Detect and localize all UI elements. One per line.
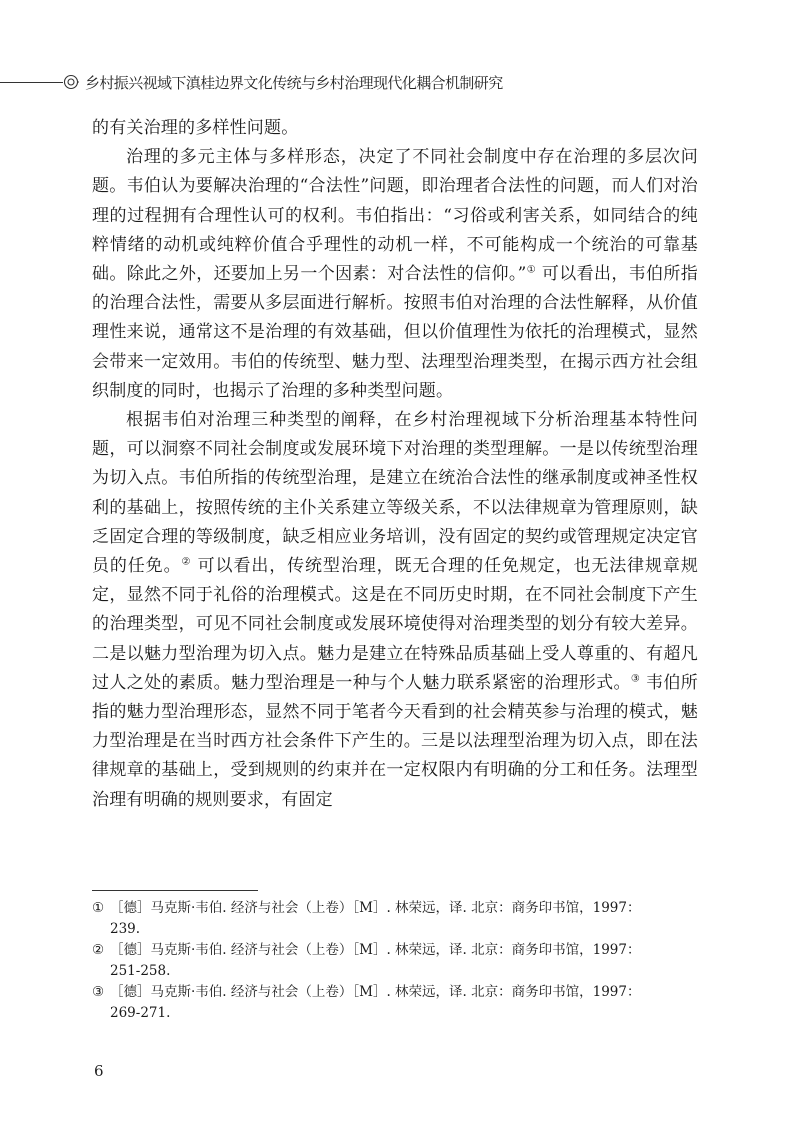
- page-number: 6: [94, 1062, 104, 1080]
- running-head: 乡村振兴视域下滇桂边界文化传统与乡村治理现代化耦合机制研究: [0, 68, 799, 98]
- footnote-mark: ①: [92, 898, 104, 919]
- footnote-mark: ②: [92, 940, 104, 961]
- footnote-pages: 251-258.: [110, 961, 702, 982]
- footnote-text: ［德］马克斯·韦伯. 经济与社会（上卷）［M］. 林荣远，译. 北京：商务印书馆…: [110, 898, 702, 919]
- footnote-item: ③ ［德］马克斯·韦伯. 经济与社会（上卷）［M］. 林荣远，译. 北京：商务印…: [92, 982, 702, 1024]
- footnote-item: ① ［德］马克斯·韦伯. 经济与社会（上卷）［M］. 林荣远，译. 北京：商务印…: [92, 898, 702, 940]
- footnote-pages: 239.: [110, 919, 702, 940]
- running-head-rule: [0, 82, 63, 83]
- footnote-item: ② ［德］马克斯·韦伯. 经济与社会（上卷）［M］. 林荣远，译. 北京：商务印…: [92, 940, 702, 982]
- paragraph-text: 韦伯所指的魅力型治理形态，显然不同于笔者今天看到的社会精英参与治理的模式，魅力型…: [92, 673, 698, 810]
- paragraph: 根据韦伯对治理三种类型的阐释，在乡村治理视域下分析治理基本特性问题，可以洞察不同…: [92, 406, 698, 815]
- paragraph: 治理的多元主体与多样形态，决定了不同社会制度中存在治理的多层次问题。韦伯认为要解…: [92, 143, 698, 406]
- footnote-ref[interactable]: ①: [527, 264, 537, 275]
- body-text: 的有关治理的多样性问题。 治理的多元主体与多样形态，决定了不同社会制度中存在治理…: [92, 114, 698, 815]
- footnote-pages: 269-271.: [110, 1003, 702, 1024]
- footnote-ref[interactable]: ③: [631, 673, 640, 684]
- footnotes: ① ［德］马克斯·韦伯. 经济与社会（上卷）［M］. 林荣远，译. 北京：商务印…: [92, 898, 702, 1024]
- footnote-ref[interactable]: ②: [181, 556, 191, 567]
- paragraph-text: 可以看出，传统型治理，既无合理的任免规定，也无法律规章规定，显然不同于礼俗的治理…: [92, 556, 698, 693]
- paragraph-text: 根据韦伯对治理三种类型的阐释，在乡村治理视域下分析治理基本特性问题，可以洞察不同…: [92, 410, 698, 576]
- running-head-title: 乡村振兴视域下滇桂边界文化传统与乡村治理现代化耦合机制研究: [85, 72, 503, 93]
- paragraph: 的有关治理的多样性问题。: [92, 114, 698, 143]
- footnote-text: ［德］马克斯·韦伯. 经济与社会（上卷）［M］. 林荣远，译. 北京：商务印书馆…: [110, 982, 702, 1003]
- footnote-text: ［德］马克斯·韦伯. 经济与社会（上卷）［M］. 林荣远，译. 北京：商务印书馆…: [110, 940, 702, 961]
- paragraph-text: 可以看出，韦伯所指的治理合法性，需要从多层面进行解析。按照韦伯对治理的合法性解释…: [92, 264, 698, 401]
- double-circle-icon: [63, 74, 79, 90]
- footnote-rule: [92, 890, 258, 891]
- footnote-mark: ③: [92, 982, 104, 1003]
